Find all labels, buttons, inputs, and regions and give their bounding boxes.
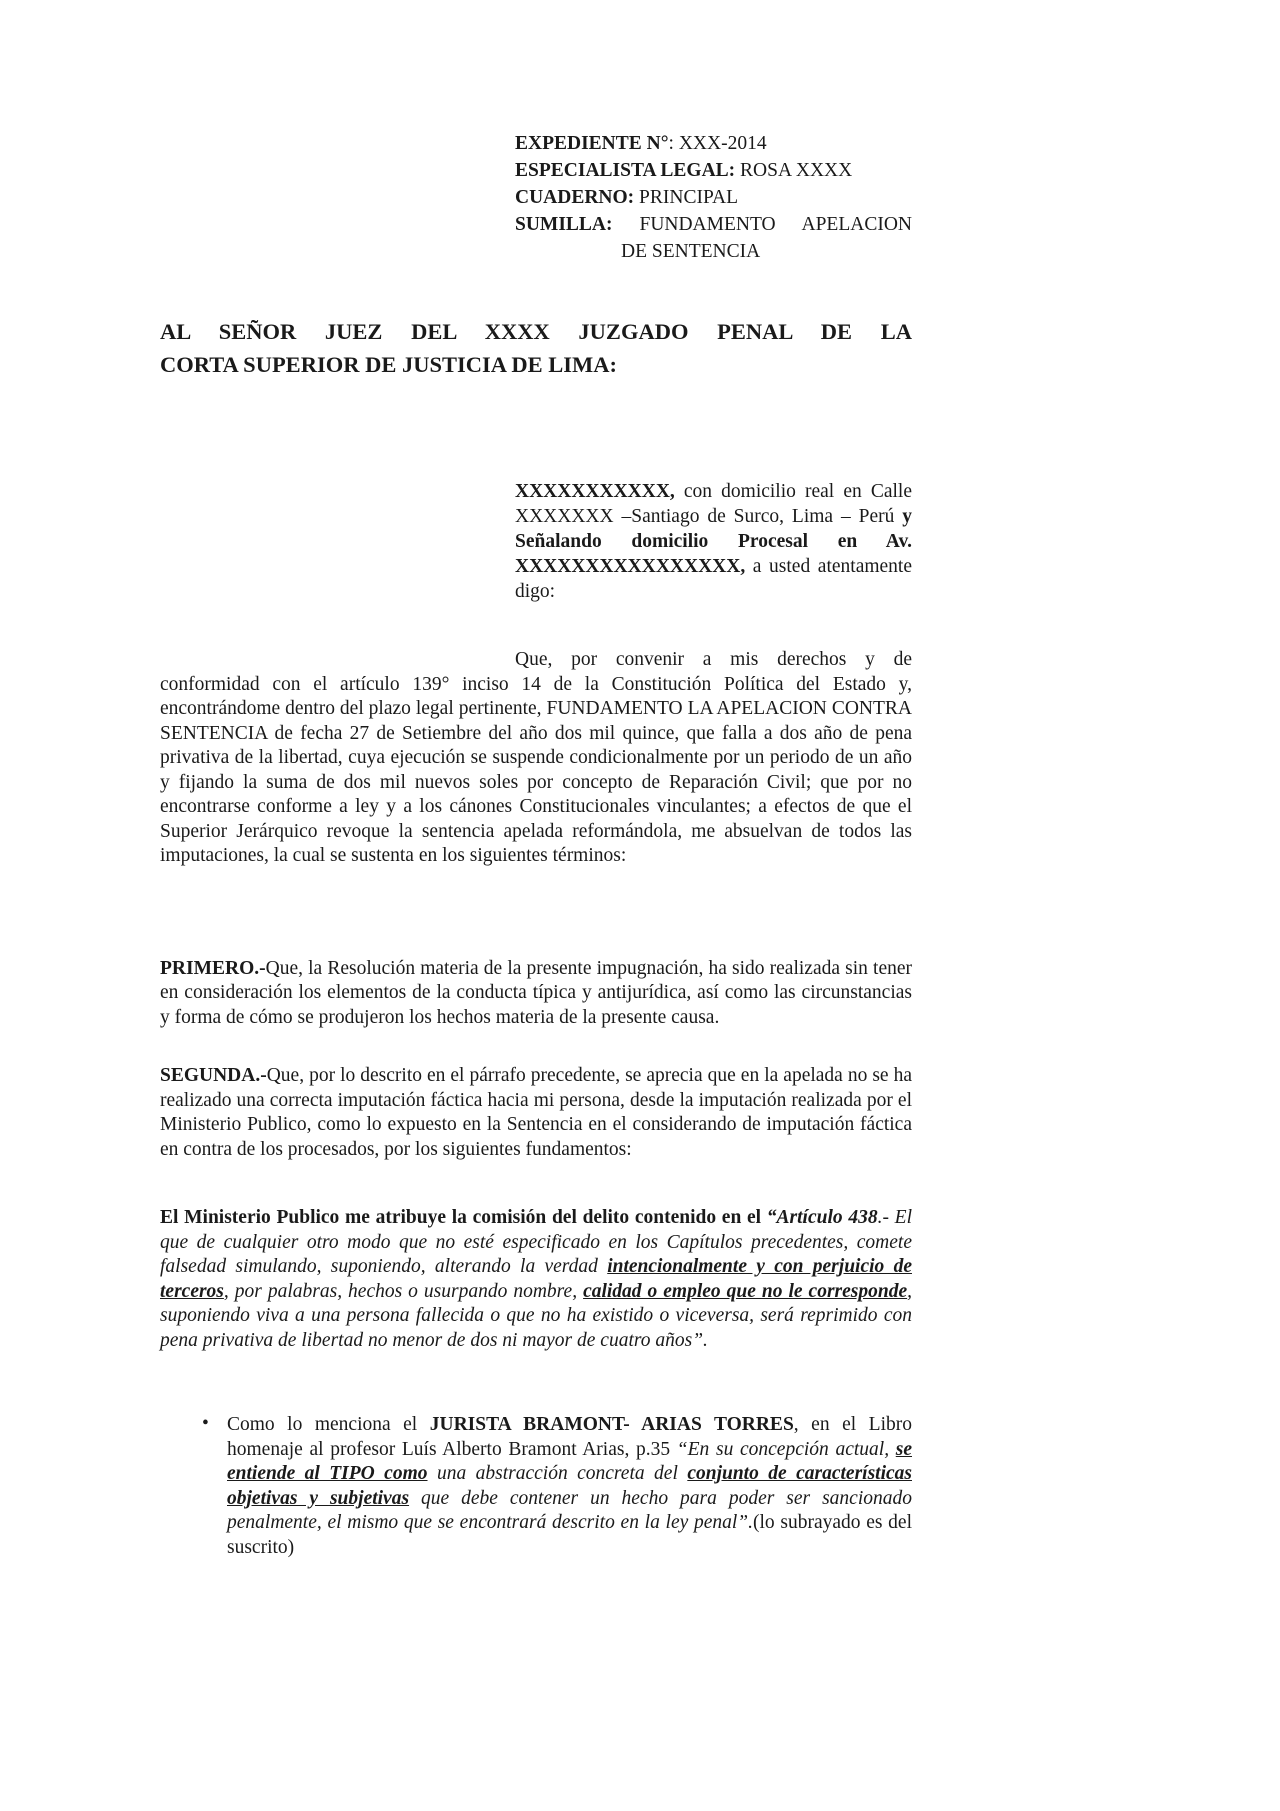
especialista-label: ESPECIALISTA LEGAL:: [515, 160, 735, 181]
especialista-value: ROSA XXXX: [735, 160, 852, 181]
articulo-438-paragraph: El Ministerio Publico me atribuye la com…: [160, 1206, 912, 1353]
segunda-text: Que, por lo descrito en el párrafo prece…: [160, 1065, 912, 1160]
appellant-name: XXXXXXXXXXX,: [515, 481, 675, 502]
bullet-quote-2: una abstracción concreta del: [428, 1463, 688, 1484]
opening-paragraph: Que, por convenir a mis derechos y de co…: [160, 648, 912, 869]
sumilla-continuation: DE SENTENCIA: [515, 238, 912, 265]
jurista-bullet-item: •Como lo menciona el JURISTA BRAMONT- AR…: [200, 1413, 912, 1560]
document-content: EXPEDIENTE N°: XXX-2014 ESPECIALISTA LEG…: [160, 130, 912, 1560]
especialista-line: ESPECIALISTA LEGAL: ROSA XXXX: [515, 157, 912, 184]
sumilla-label: SUMILLA:: [515, 214, 613, 235]
bullet-quote-1: “En su concepción actual,: [677, 1439, 896, 1460]
expediente-label: EXPEDIENTE N°: [515, 133, 669, 154]
articulo-quote-2: , por palabras, hechos o usurpando nombr…: [224, 1281, 583, 1302]
primero-label: PRIMERO.-: [160, 958, 266, 979]
title-line-2: CORTA SUPERIOR DE JUSTICIA DE LIMA:: [160, 348, 912, 381]
appellant-identification: XXXXXXXXXXX, con domicilio real en Calle…: [515, 479, 912, 604]
expediente-value: : XXX-2014: [669, 133, 767, 154]
articulo-emphasis-2: calidad o empleo que no le corresponde: [583, 1281, 907, 1302]
cuaderno-line: CUADERNO: PRINCIPAL: [515, 184, 912, 211]
primero-paragraph: PRIMERO.-Que, la Resolución materia de l…: [160, 957, 912, 1031]
articulo-number: “Artículo 438: [767, 1207, 878, 1228]
sumilla-value: FUNDAMENTO APELACION: [613, 214, 912, 235]
bullet-icon: •: [202, 1412, 209, 1437]
cuaderno-value: PRINCIPAL: [634, 187, 738, 208]
expediente-line: EXPEDIENTE N°: XXX-2014: [515, 130, 912, 157]
case-header: EXPEDIENTE N°: XXX-2014 ESPECIALISTA LEG…: [515, 130, 912, 265]
segunda-paragraph: SEGUNDA.-Que, por lo descrito en el párr…: [160, 1064, 912, 1162]
primero-text: Que, la Resolución materia de la present…: [160, 958, 912, 1028]
jurista-name: JURISTA BRAMONT- ARIAS TORRES: [430, 1414, 794, 1435]
cuaderno-label: CUADERNO:: [515, 187, 634, 208]
sumilla-line: SUMILLA: FUNDAMENTO APELACION: [515, 211, 912, 238]
title-line-1: AL SEÑOR JUEZ DEL XXXX JUZGADO PENAL DE …: [160, 315, 912, 348]
document-page: EXPEDIENTE N°: XXX-2014 ESPECIALISTA LEG…: [0, 0, 1280, 1811]
page-title: AL SEÑOR JUEZ DEL XXXX JUZGADO PENAL DE …: [160, 315, 912, 381]
ministerio-attribution: El Ministerio Publico me atribuye la com…: [160, 1207, 767, 1228]
segunda-label: SEGUNDA.-: [160, 1065, 267, 1086]
bullet-intro: Como lo menciona el: [227, 1414, 430, 1435]
